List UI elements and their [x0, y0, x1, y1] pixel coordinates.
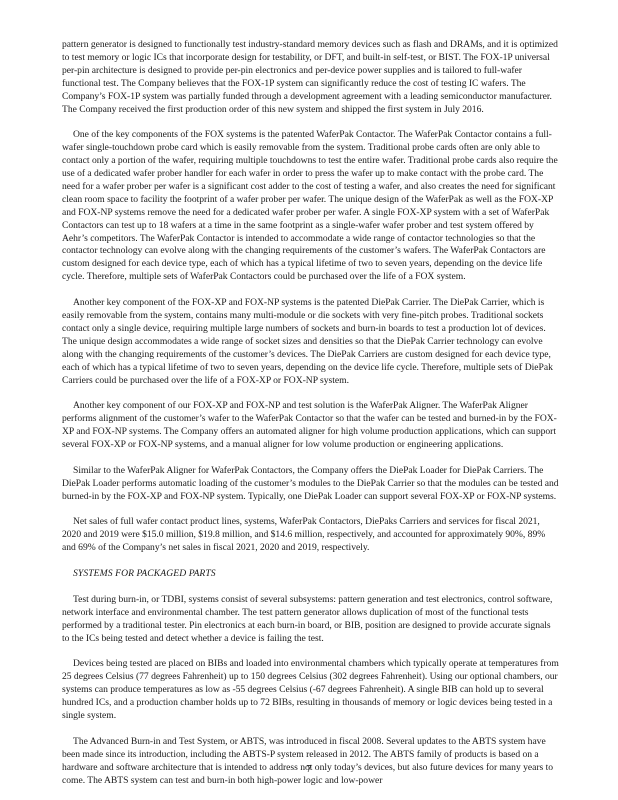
paragraph-diepak-carrier: Another key component of the FOX-XP and …: [62, 297, 559, 387]
paragraph-tdbi-systems: Test during burn-in, or TDBI, systems co…: [62, 594, 559, 646]
paragraph-abts-system: The Advanced Burn-in and Test System, or…: [62, 736, 559, 788]
paragraph-waferpak-contactor: One of the key components of the FOX sys…: [62, 129, 559, 284]
paragraph-waferpak-aligner: Another key component of our FOX-XP and …: [62, 400, 559, 452]
section-heading-packaged-parts: SYSTEMS FOR PACKAGED PARTS: [62, 568, 559, 581]
document-body: pattern generator is designed to functio…: [62, 39, 559, 800]
paragraph-net-sales: Net sales of full wafer contact product …: [62, 516, 559, 555]
page-number: 7: [0, 764, 618, 775]
paragraph-fox-1p-continued: pattern generator is designed to functio…: [62, 39, 559, 116]
paragraph-diepak-loader: Similar to the WaferPak Aligner for Wafe…: [62, 465, 559, 504]
paragraph-environmental-chambers: Devices being tested are placed on BIBs …: [62, 658, 559, 723]
